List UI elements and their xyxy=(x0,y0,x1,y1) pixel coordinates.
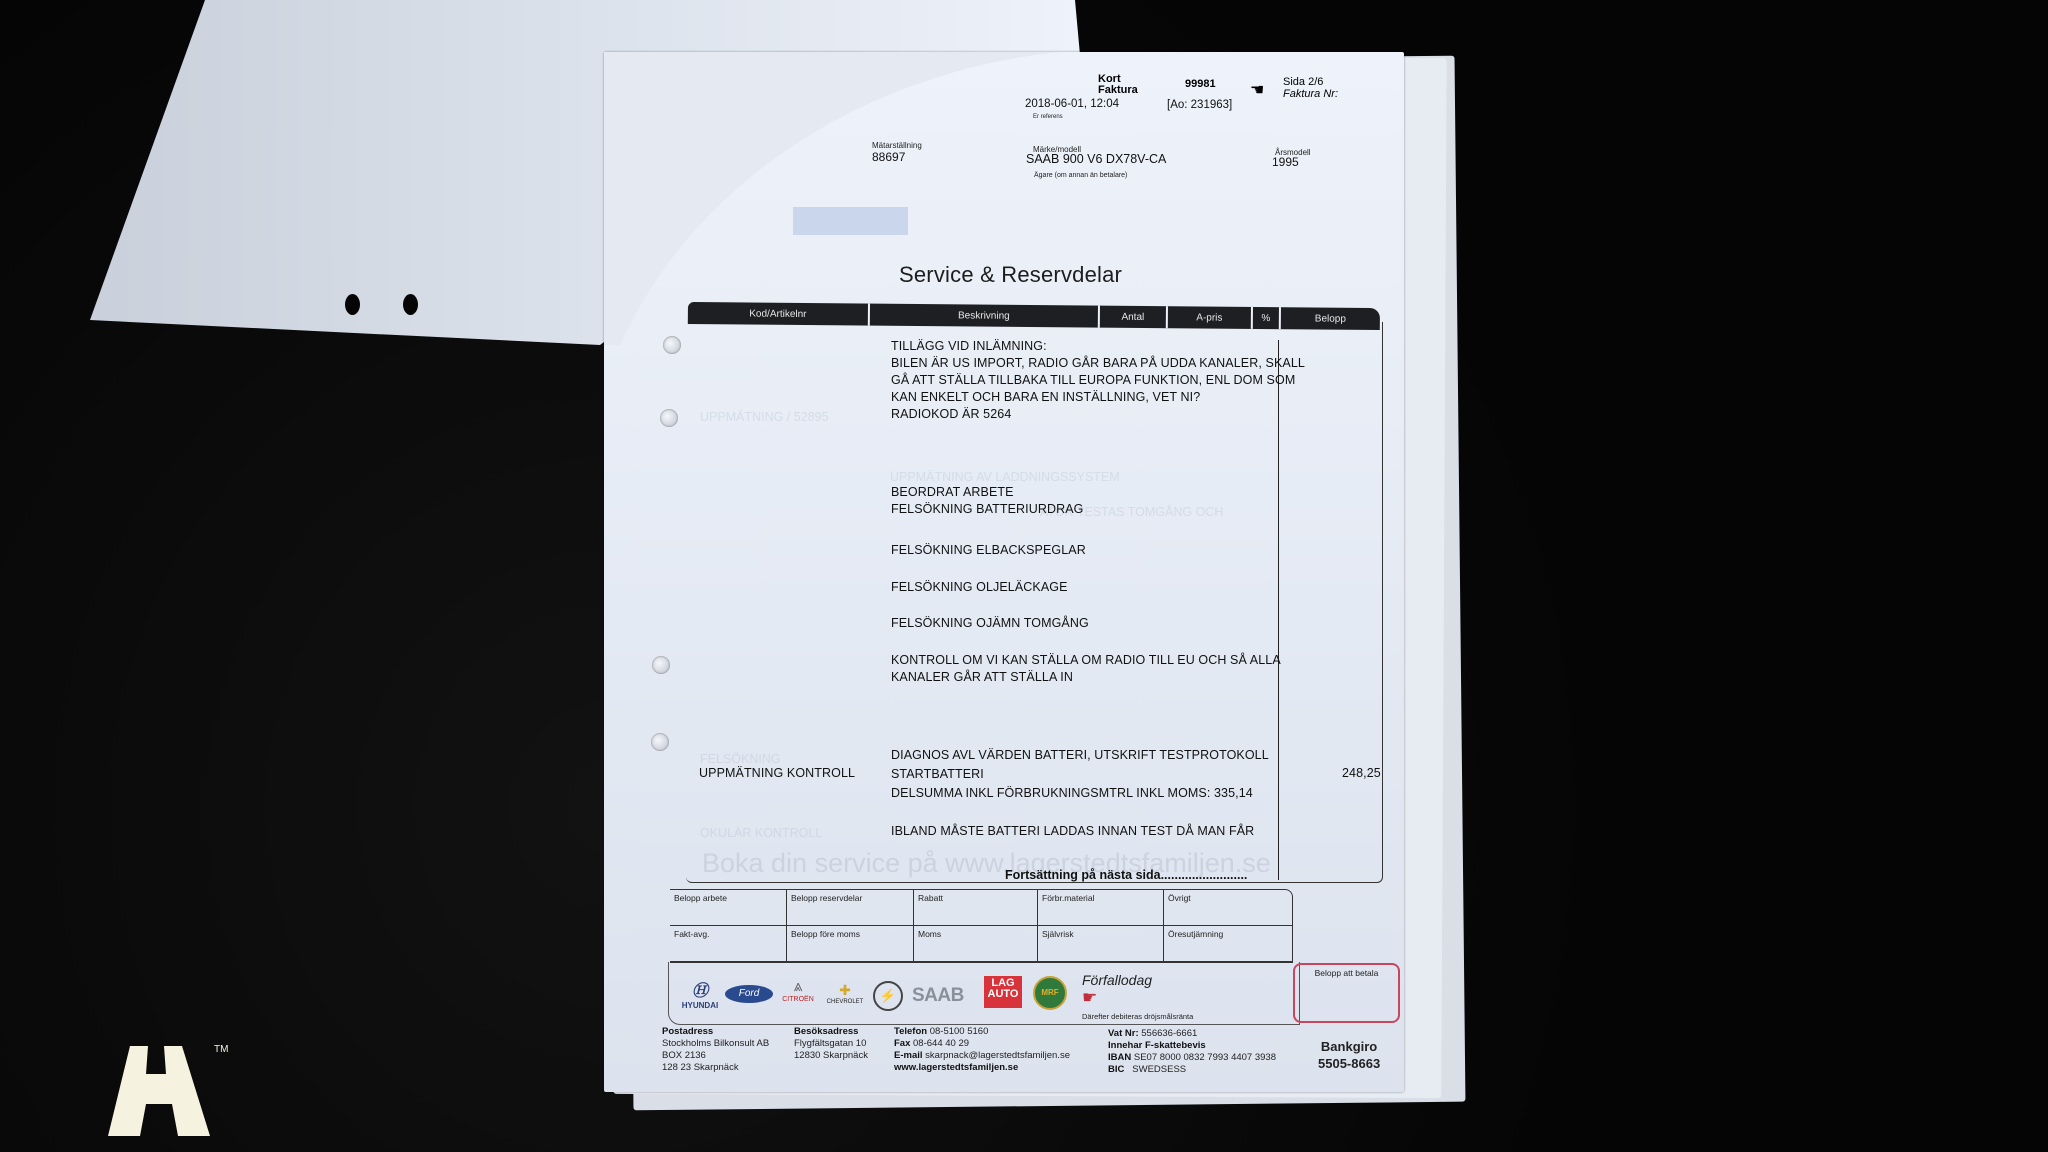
late-fee-note: Därefter debiteras dröjsmålsränta xyxy=(1082,1012,1193,1021)
punch-hole xyxy=(663,336,681,354)
punch-hole xyxy=(345,294,360,315)
hyundai-logo: ⒽHYUNDAI xyxy=(680,978,720,1010)
row-description: DIAGNOS AVL VÄRDEN BATTERI, UTSKRIFT TES… xyxy=(891,746,1269,803)
total-before-vat: Belopp före moms xyxy=(787,926,914,962)
pointing-hand-icon: ☛ xyxy=(1082,988,1097,1008)
row-description: IBLAND MÅSTE BATTERI LADDAS INNAN TEST D… xyxy=(891,823,1254,840)
total-rounding: Öresutjämning xyxy=(1164,926,1292,962)
odometer-label: Mätarställning xyxy=(872,141,922,150)
lagauto-logo: LAG AUTO xyxy=(984,976,1022,1008)
due-date-label: Förfallodag xyxy=(1082,972,1152,988)
odometer-value: 88697 xyxy=(872,150,905,164)
doc-type: Kort Faktura xyxy=(1098,74,1138,96)
row-description: FELSÖKNING OLJELÄCKAGE xyxy=(891,579,1068,596)
punch-hole xyxy=(651,733,669,751)
row-amount: 248,25 xyxy=(1342,765,1381,782)
mrf-logo: MRF xyxy=(1033,976,1067,1010)
tax-bank-info: Vat Nr: 556636-6661 Innehar F-skattebevi… xyxy=(1108,1028,1276,1076)
total-parts: Belopp reservdelar xyxy=(787,890,914,926)
contact-info: Telefon 08-5100 5160 Fax 08-644 40 29 E-… xyxy=(894,1026,1070,1074)
punch-hole xyxy=(652,656,670,674)
bleed-through-text: FELSÖKNING xyxy=(700,752,781,766)
chevrolet-logo: ✚CHEVROLET xyxy=(825,982,865,1005)
total-other: Övrigt xyxy=(1164,890,1292,926)
bleed-through-text: UPPMÄTNING AV LADDNINGSSYSTEM xyxy=(890,470,1120,484)
row-description: FELSÖKNING ELBACKSPEGLAR xyxy=(891,542,1086,559)
total-deductible: Självrisk xyxy=(1038,926,1164,962)
saab-logo: SAAB xyxy=(912,985,964,1007)
ford-logo: Ford xyxy=(725,985,773,1003)
visit-address: Besöksadress Flygfältsgatan 10 12830 Ska… xyxy=(794,1026,868,1062)
reference-label: Er referens xyxy=(1033,114,1063,120)
amount-due-box: Belopp att betala xyxy=(1293,963,1400,1023)
total-vat: Moms xyxy=(914,926,1038,962)
bleed-through-text: OKULÄR KONTROLL xyxy=(700,826,822,840)
website-link[interactable]: www.lagerstedtsfamiljen.se xyxy=(894,1062,1018,1073)
email-link[interactable]: skarpnack@lagerstedtsfamiljen.se xyxy=(925,1050,1070,1061)
total-discount: Rabatt xyxy=(914,890,1038,926)
redacted-block xyxy=(793,207,908,235)
invoice-number: 99981 xyxy=(1185,78,1216,90)
model-year-value: 1995 xyxy=(1272,155,1299,169)
page-indicator: Sida 2/6 Faktura Nr: xyxy=(1283,76,1338,100)
total-materials: Förbr.material xyxy=(1038,890,1164,926)
row-description: TILLÄGG VID INLÄMNING: BILEN ÄR US IMPOR… xyxy=(891,338,1305,423)
pointing-hand-icon: ☚ xyxy=(1250,80,1264,100)
row-description: KONTROLL OM VI KAN STÄLLA OM RADIO TILL … xyxy=(891,652,1281,686)
total-labor: Belopp arbete xyxy=(670,890,787,926)
postal-address: Postadress Stockholms Bilkonsult AB BOX … xyxy=(662,1026,769,1074)
continuation-note: Fortsättning på nästa sida..............… xyxy=(1005,868,1247,882)
totals-grid: Belopp arbete Belopp reservdelar Rabatt … xyxy=(670,889,1293,963)
page-title: Service & Reservdelar xyxy=(899,262,1122,288)
row-code: UPPMÄTNING KONTROLL xyxy=(699,765,855,782)
make-model-value: SAAB 900 V6 DX78V-CA xyxy=(1026,152,1166,166)
punch-hole xyxy=(660,409,678,427)
owner-label: Ägare (om annan än betalare) xyxy=(1034,172,1127,179)
citroen-logo: ⩓CITROËN xyxy=(778,978,818,1003)
trademark-symbol: TM xyxy=(214,1044,228,1055)
row-description: FELSÖKNING OJÄMN TOMGÅNG xyxy=(891,615,1089,632)
punch-hole xyxy=(403,294,418,315)
row-description: BEORDRAT ARBETE FELSÖKNING BATTERIURDRAG xyxy=(891,484,1083,518)
total-invoice-fee: Fakt-avg. xyxy=(670,926,787,962)
bankgiro: Bankgiro 5505-8663 xyxy=(1318,1038,1380,1072)
order-number: [Ao: 231963] xyxy=(1167,99,1232,111)
bleed-through-text: UPPMÄTNING / 52895 xyxy=(700,410,829,424)
invoice-datetime: 2018-06-01, 12:04 xyxy=(1025,98,1119,110)
opel-logo: ⚡ xyxy=(873,981,903,1011)
h-brand-logo xyxy=(108,1046,218,1136)
